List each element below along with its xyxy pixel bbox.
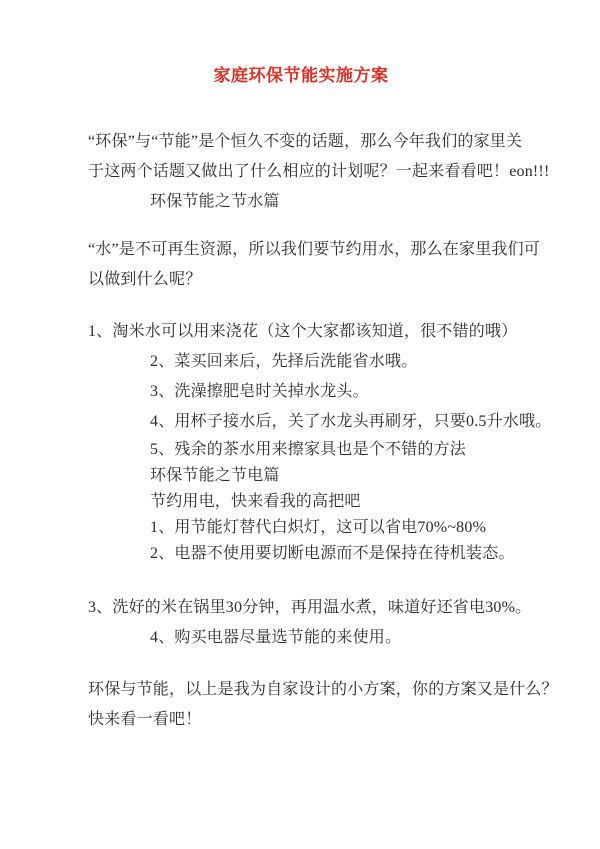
text-line: 环保节能之节水篇 bbox=[88, 187, 514, 217]
document-body: “环保”与“节能”是个恒久不变的话题，那么今年我们的家里关于这两个话题又做出了什… bbox=[88, 127, 514, 735]
text-line: “环保”与“节能”是个恒久不变的话题，那么今年我们的家里关 bbox=[88, 127, 514, 157]
text-line: 1、淘米水可以用来浇花（这个大家都该知道，很不错的哦） bbox=[88, 317, 514, 347]
text-line: 2、菜买回来后，先择后洗能省水哦。 bbox=[88, 347, 514, 377]
document-page: 家庭环保节能实施方案 “环保”与“节能”是个恒久不变的话题，那么今年我们的家里关… bbox=[0, 0, 600, 849]
text-line: 以做到什么呢？ bbox=[88, 265, 514, 295]
text-line: 2、电器不使用要切断电源而不是保持在待机装态。 bbox=[88, 541, 514, 567]
text-line: 3、洗好的米在锅里30分钟，再用温水煮，味道好还省电30%。 bbox=[88, 593, 514, 623]
document-title: 家庭环保节能实施方案 bbox=[88, 62, 514, 90]
text-line: 环保节能之节电篇 bbox=[88, 463, 514, 489]
text-line: “水”是不可再生资源，所以我们要节约用水，那么在家里我们可 bbox=[88, 235, 514, 265]
text-line: 快来看一看吧！ bbox=[88, 705, 514, 735]
text-line: 4、用杯子接水后，关了水龙头再刷牙，只要0.5升水哦。 bbox=[88, 407, 514, 437]
text-line: 3、洗澡擦肥皂时关掉水龙头。 bbox=[88, 377, 514, 407]
text-line: 于这两个话题又做出了什么相应的计划呢？一起来看看吧！eon!!! bbox=[88, 157, 514, 187]
text-line: 5、残余的茶水用来擦家具也是个不错的方法 bbox=[88, 437, 514, 463]
text-line: 4、购买电器尽量选节能的来使用。 bbox=[88, 623, 514, 653]
text-line: 环保与节能，以上是我为自家设计的小方案，你的方案又是什么？ bbox=[88, 675, 514, 705]
text-line: 节约用电，快来看我的高把吧 bbox=[88, 489, 514, 515]
text-line: 1、用节能灯替代白炽灯，这可以省电70%~80% bbox=[88, 515, 514, 541]
